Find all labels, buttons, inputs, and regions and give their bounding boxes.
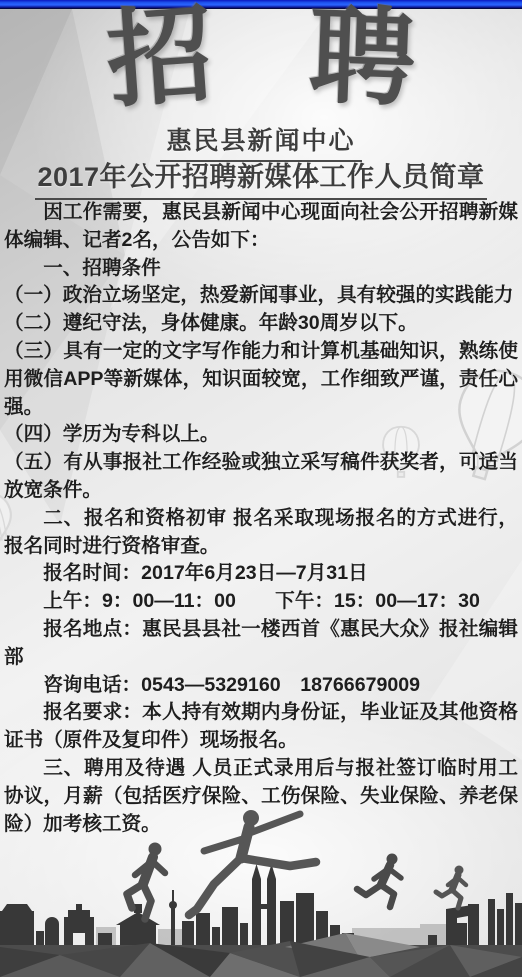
runner-silhouette-icon: [436, 866, 466, 909]
body-paragraph: 报名时间：2017年6月23日—7月31日: [4, 560, 518, 588]
calligraphy-zhao: 招: [103, 0, 216, 116]
body-paragraph: （一）政治立场坚定，热爱新闻事业，具有较强的实践能力: [4, 282, 518, 310]
body-paragraph: 咨询电话：0543—5329160 18766679009: [4, 672, 518, 700]
body-paragraph: 上午：9：00—11：00 下午：15：00—17：30: [4, 588, 518, 616]
body-paragraph: 因工作需要，惠民县新闻中心现面向社会公开招聘新媒体编辑、记者2名，公告如下：: [4, 199, 518, 255]
announcement-title: 2017年公开招聘新媒体工作人员简章: [35, 155, 486, 200]
body-paragraph: （三）具有一定的文字写作能力和计算机基础知识，熟练使用微信APP等新媒体，知识面…: [4, 338, 518, 421]
body-paragraph: （五）有从事报社工作经验或独立采写稿件获奖者，可适当放宽条件。: [4, 449, 518, 505]
body-paragraph: （四）学历为专科以上。: [4, 421, 518, 449]
calligraphy-title: 招 聘: [0, 2, 522, 120]
recruitment-poster: 招 聘 惠民县新闻中心 2017年公开招聘新媒体工作人员简章 因工作需要，惠民县…: [0, 0, 522, 977]
section-heading-1: 一、招聘条件: [4, 255, 518, 283]
city-skyline-graphic: [0, 807, 522, 977]
runner-silhouette-icon: [127, 843, 165, 920]
announcement-body: 因工作需要，惠民县新闻中心现面向社会公开招聘新媒体编辑、记者2名，公告如下： 一…: [4, 199, 518, 838]
runner-silhouette-icon: [357, 854, 401, 908]
body-paragraph: （二）遵纪守法，身体健康。年龄30周岁以下。: [4, 310, 518, 338]
body-paragraph: 报名地点：惠民县县社一楼西首《惠民大众》报社编辑部: [4, 616, 518, 672]
calligraphy-pin: 聘: [307, 0, 417, 114]
section-heading-2: 二、报名和资格初审 报名采取现场报名的方式进行，报名同时进行资格审查。: [4, 505, 518, 561]
body-paragraph: 报名要求：本人持有效期内身份证，毕业证及其他资格证书（原件及复印件）现场报名。: [4, 699, 518, 755]
announcement-title-row: 2017年公开招聘新媒体工作人员简章: [0, 155, 522, 200]
gate-arch-hole: [73, 933, 85, 947]
